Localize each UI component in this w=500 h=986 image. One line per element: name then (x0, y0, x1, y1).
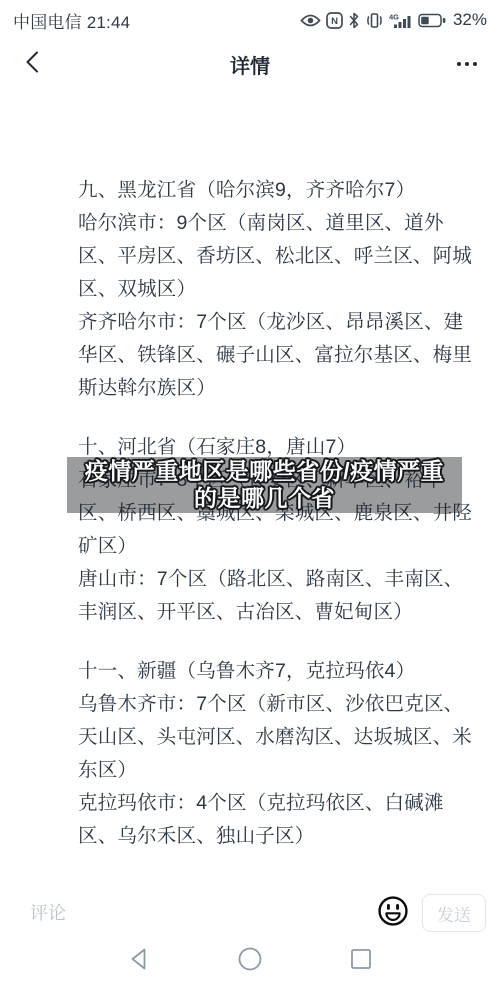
watermark-title-line1: 疫情严重地区是哪些省份/疫情严重 (85, 458, 444, 485)
article-body: 九、黑龙江省（哈尔滨9，齐齐哈尔7） 哈尔滨市：9个区（南岗区、道里区、道外区、… (78, 174, 474, 879)
watermark-title-band: 疫情严重地区是哪些省份/疫情严重 的是哪几个省 (67, 457, 462, 513)
clock: 21:44 (87, 13, 131, 32)
back-chevron-icon (22, 49, 44, 80)
battery-percent-label: 32% (453, 10, 487, 30)
section-heading: 十一、新疆（乌鲁木齐7，克拉玛依4） (78, 655, 474, 688)
android-navigation-bar (0, 936, 500, 986)
home-circle-icon (237, 946, 263, 977)
status-bar: 中国电信 21:44 N 4G 32% (0, 0, 500, 40)
android-home-button[interactable] (236, 947, 264, 975)
recents-square-icon (349, 947, 373, 976)
android-back-button[interactable] (125, 947, 153, 975)
comment-bar: 发送 (0, 886, 500, 940)
bluetooth-icon (348, 12, 360, 29)
more-button[interactable] (450, 47, 484, 81)
emoji-button[interactable] (376, 896, 410, 930)
city-districts-paragraph: 唐山市：7个区（路北区、路南区、丰南区、丰润区、开平区、古冶区、曹妃甸区） (78, 563, 474, 629)
carrier-and-time: 中国电信 21:44 (13, 8, 130, 33)
back-triangle-icon (127, 946, 151, 977)
back-button[interactable] (16, 47, 50, 81)
status-icons: N 4G 32% (300, 10, 487, 30)
vibrate-icon (365, 12, 384, 29)
battery-icon (418, 13, 446, 28)
svg-text:N: N (331, 16, 338, 27)
city-districts-paragraph: 齐齐哈尔市：7个区（龙沙区、昂昂溪区、建华区、铁锋区、碾子山区、富拉尔基区、梅里… (78, 306, 474, 405)
section-xinjiang: 十一、新疆（乌鲁木齐7，克拉玛依4） 乌鲁木齐市：7个区（新市区、沙依巴克区、天… (78, 655, 474, 853)
comment-input[interactable] (28, 902, 364, 925)
more-dots-icon (457, 62, 477, 66)
section-heading: 九、黑龙江省（哈尔滨9，齐齐哈尔7） (78, 174, 474, 207)
nfc-icon: N (326, 12, 343, 29)
page-title: 详情 (0, 50, 500, 79)
city-districts-paragraph: 乌鲁木齐市：7个区（新市区、沙依巴克区、天山区、头屯河区、水磨沟区、达坂城区、米… (78, 688, 474, 787)
city-districts-paragraph: 克拉玛依市：4个区（克拉玛依区、白碱滩区、乌尔禾区、独山子区） (78, 787, 474, 853)
android-recents-button[interactable] (347, 947, 375, 975)
signal-4g-icon: 4G (389, 12, 413, 29)
nav-bar: 详情 (0, 40, 500, 88)
send-button[interactable]: 发送 (422, 894, 486, 932)
eye-icon (300, 13, 321, 28)
watermark-title-line2: 的是哪几个省 (194, 485, 335, 512)
carrier-label: 中国电信 (13, 13, 82, 32)
section-heilongjiang: 九、黑龙江省（哈尔滨9，齐齐哈尔7） 哈尔滨市：9个区（南岗区、道里区、道外区、… (78, 174, 474, 405)
svg-text:4G: 4G (389, 12, 399, 21)
city-districts-paragraph: 哈尔滨市：9个区（南岗区、道里区、道外区、平房区、香坊区、松北区、呼兰区、阿城区… (78, 207, 474, 306)
smiley-emoji-icon (377, 895, 409, 932)
